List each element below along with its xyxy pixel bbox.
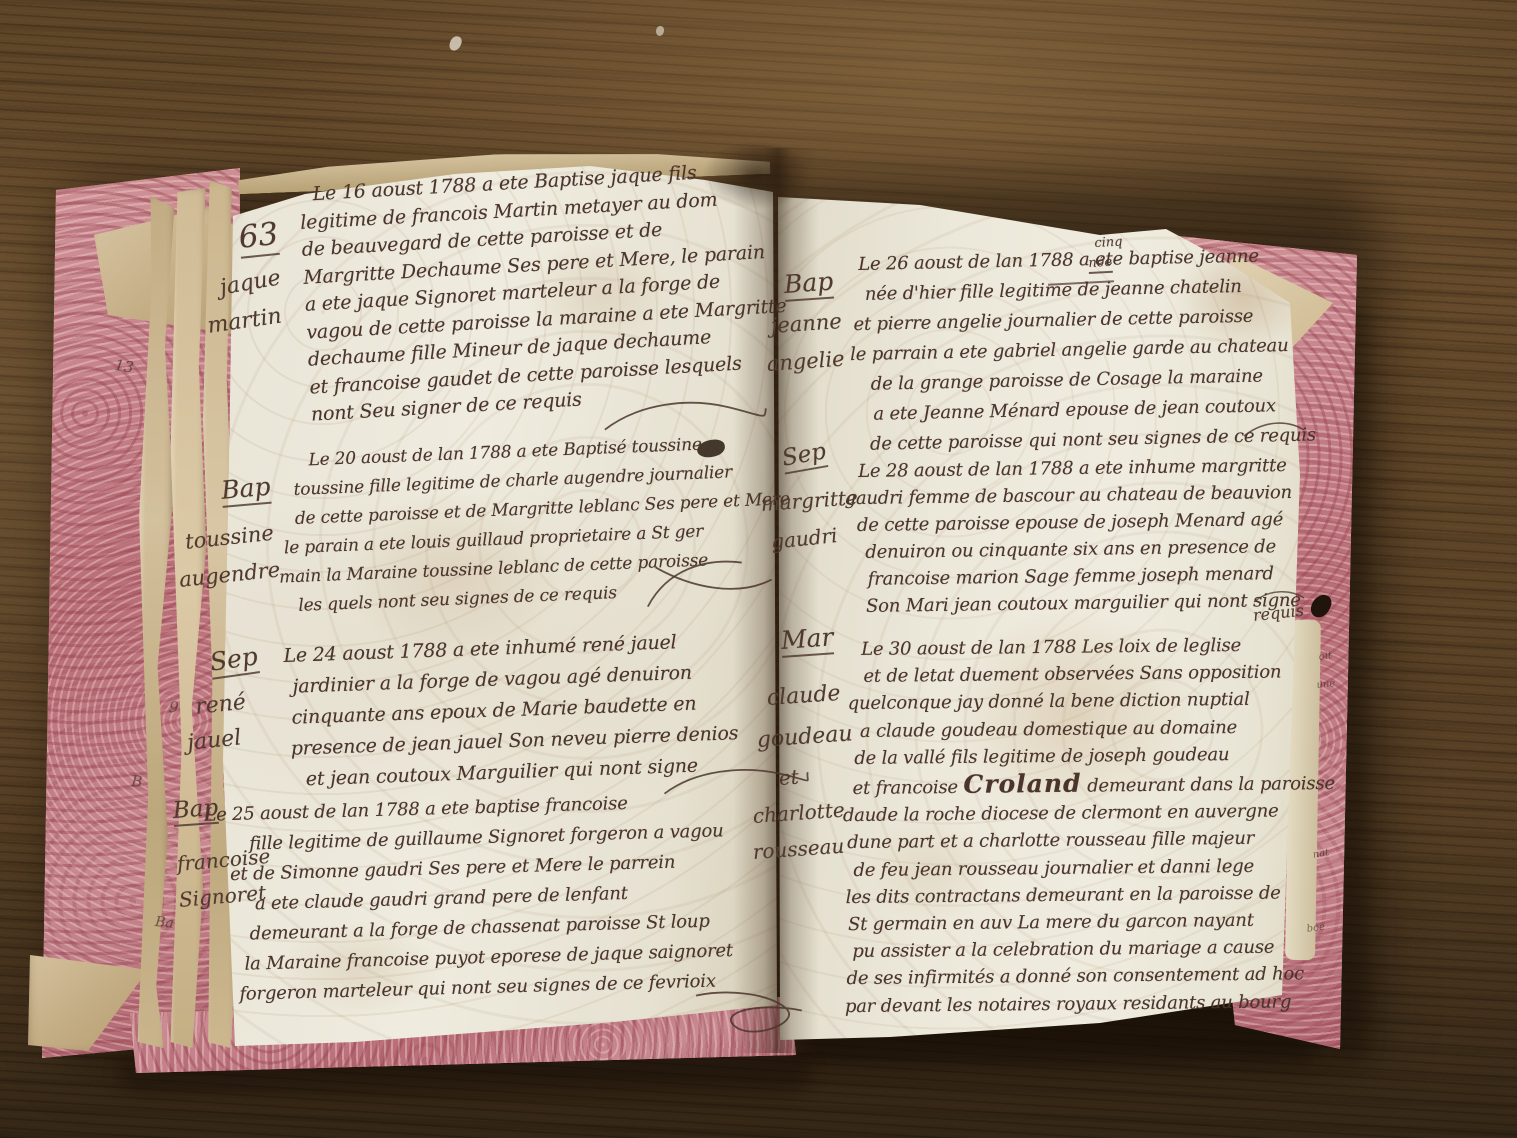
marriage-entry-goudeau-rousseau: Le 30 aoust de lan 1788 Les loix de legl…	[855, 631, 1329, 1020]
margin-heading: Mar	[780, 622, 835, 658]
act-number: 63	[237, 216, 280, 259]
margin-heading: Sep	[208, 641, 260, 679]
baptism-entry-jaque-martin: Le 16 aoust 1788 a ete Baptise jaque fil…	[298, 155, 789, 429]
photo-of-open-parish-register: 63 jaque martin Le 16 aoust 1788 a ete B…	[0, 0, 1517, 1138]
margin-word: et	[778, 765, 800, 790]
margin-word: jeanne	[770, 309, 842, 338]
margin-heading: Bap	[783, 267, 834, 302]
stub-mark: Ba	[154, 914, 174, 932]
margin-word: claude	[766, 681, 841, 711]
line-with-highlight: et francoise Croland demeurant dans la p…	[852, 767, 1326, 802]
stub-mark: 9	[168, 698, 179, 717]
margin-heading: Bap	[220, 472, 272, 508]
margin-word: rené	[194, 690, 247, 720]
baptism-entry-francoise-signoret: Le 25 aoust de lan 1788 a ete baptise fr…	[232, 785, 786, 1010]
stub-mark: 13	[113, 356, 134, 376]
ink-flourish	[688, 980, 813, 1050]
ink-flourish	[1240, 416, 1310, 446]
highlight-word-croland: Croland	[963, 769, 1081, 799]
stub-mark: B	[131, 772, 143, 791]
ink-flourish	[1248, 586, 1308, 608]
